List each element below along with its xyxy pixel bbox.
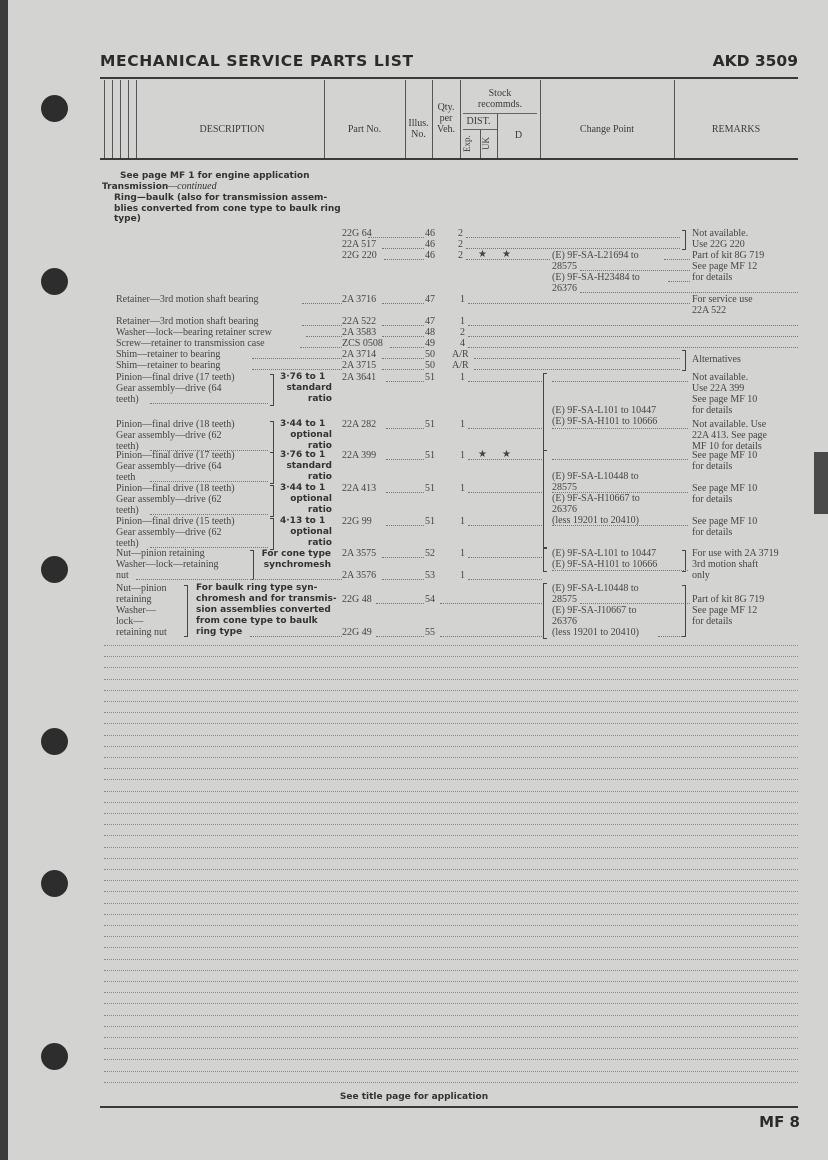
change-point: (E) 9F-SA-L10448 to	[552, 471, 639, 482]
blank-line	[104, 768, 798, 769]
col-dist: DIST.	[460, 116, 497, 127]
col-change-point: Change Point	[540, 124, 674, 135]
blank-line	[104, 970, 798, 971]
blank-line	[104, 891, 798, 892]
col-part-no: Part No.	[324, 124, 405, 135]
blank-line	[104, 869, 798, 870]
binder-hole	[41, 268, 68, 295]
blank-line	[104, 723, 798, 724]
blank-line	[104, 667, 798, 668]
footer-rule	[100, 1106, 798, 1108]
col-illus-no: Illus.No.	[405, 118, 432, 140]
blank-line	[104, 1015, 798, 1016]
blank-line	[104, 992, 798, 993]
binder-hole	[41, 1043, 68, 1070]
change-point: (E) 9F-SA-H101 to 10666	[552, 416, 657, 427]
remark: Use 22G 220	[692, 239, 745, 250]
blank-line	[104, 746, 798, 747]
blank-line	[104, 914, 798, 915]
blank-line	[104, 1071, 798, 1072]
blank-line	[104, 835, 798, 836]
blank-line	[104, 981, 798, 982]
blank-line	[104, 959, 798, 960]
blank-line	[104, 936, 798, 937]
section-heading: Transmission—continued	[102, 182, 217, 193]
page-number: MF 8	[759, 1113, 800, 1131]
col-stock: Stockrecommds.	[460, 88, 540, 110]
blank-line	[104, 947, 798, 948]
page-tab-marker	[814, 452, 828, 514]
engine-application-note: See page MF 1 for engine application	[120, 171, 310, 182]
scan-edge	[0, 0, 8, 1160]
blank-line	[104, 656, 798, 657]
blank-line	[104, 847, 798, 848]
blank-line	[104, 1082, 798, 1083]
binder-hole	[41, 728, 68, 755]
blank-line	[104, 791, 798, 792]
bracket	[543, 373, 547, 451]
col-d: D	[497, 130, 540, 141]
col-uk: UK	[481, 132, 497, 156]
remark-alternatives: Alternatives	[692, 354, 741, 365]
bracket	[682, 350, 686, 371]
blank-line	[104, 690, 798, 691]
blank-line	[104, 802, 798, 803]
blank-line	[104, 645, 798, 646]
blank-line	[104, 679, 798, 680]
binder-hole	[41, 556, 68, 583]
blank-line	[104, 858, 798, 859]
blank-line	[104, 903, 798, 904]
col-qty: Qty.perVeh.	[432, 102, 460, 135]
change-point: 26376	[552, 504, 577, 515]
ring-baulk-desc: Ring—baulk (also for transmission assem-…	[114, 193, 341, 225]
bracket	[682, 230, 686, 250]
binder-hole	[41, 95, 68, 122]
change-point: (less 19201 to 20410)	[552, 515, 639, 526]
blank-line	[104, 757, 798, 758]
header-bottom-rule	[100, 158, 798, 160]
blank-line	[104, 735, 798, 736]
blank-line	[104, 1059, 798, 1060]
col-description: DESCRIPTION	[140, 124, 324, 135]
change-point: (E) 9F-SA-L101 to 10447	[552, 405, 656, 416]
blank-line	[104, 1026, 798, 1027]
blank-line	[104, 1037, 798, 1038]
blank-line	[104, 712, 798, 713]
remark: Not available.	[692, 228, 748, 239]
blank-line	[104, 813, 798, 814]
change-point: 28575	[552, 482, 577, 493]
change-point: (E) 9F-SA-H10667 to	[552, 493, 640, 504]
binder-hole	[41, 870, 68, 897]
blank-line	[104, 779, 798, 780]
document-code: AKD 3509	[713, 52, 798, 70]
blank-line	[104, 701, 798, 702]
page-title: MECHANICAL SERVICE PARTS LIST	[100, 52, 414, 70]
footer-note: See title page for application	[0, 1092, 828, 1102]
blank-line	[104, 824, 798, 825]
blank-line	[104, 1003, 798, 1004]
col-exp: Exp.	[462, 132, 480, 156]
blank-line	[104, 880, 798, 881]
header-rule	[100, 77, 798, 79]
bracket	[543, 450, 547, 548]
col-remarks: REMARKS	[674, 124, 798, 135]
blank-line	[104, 1048, 798, 1049]
blank-line	[104, 925, 798, 926]
